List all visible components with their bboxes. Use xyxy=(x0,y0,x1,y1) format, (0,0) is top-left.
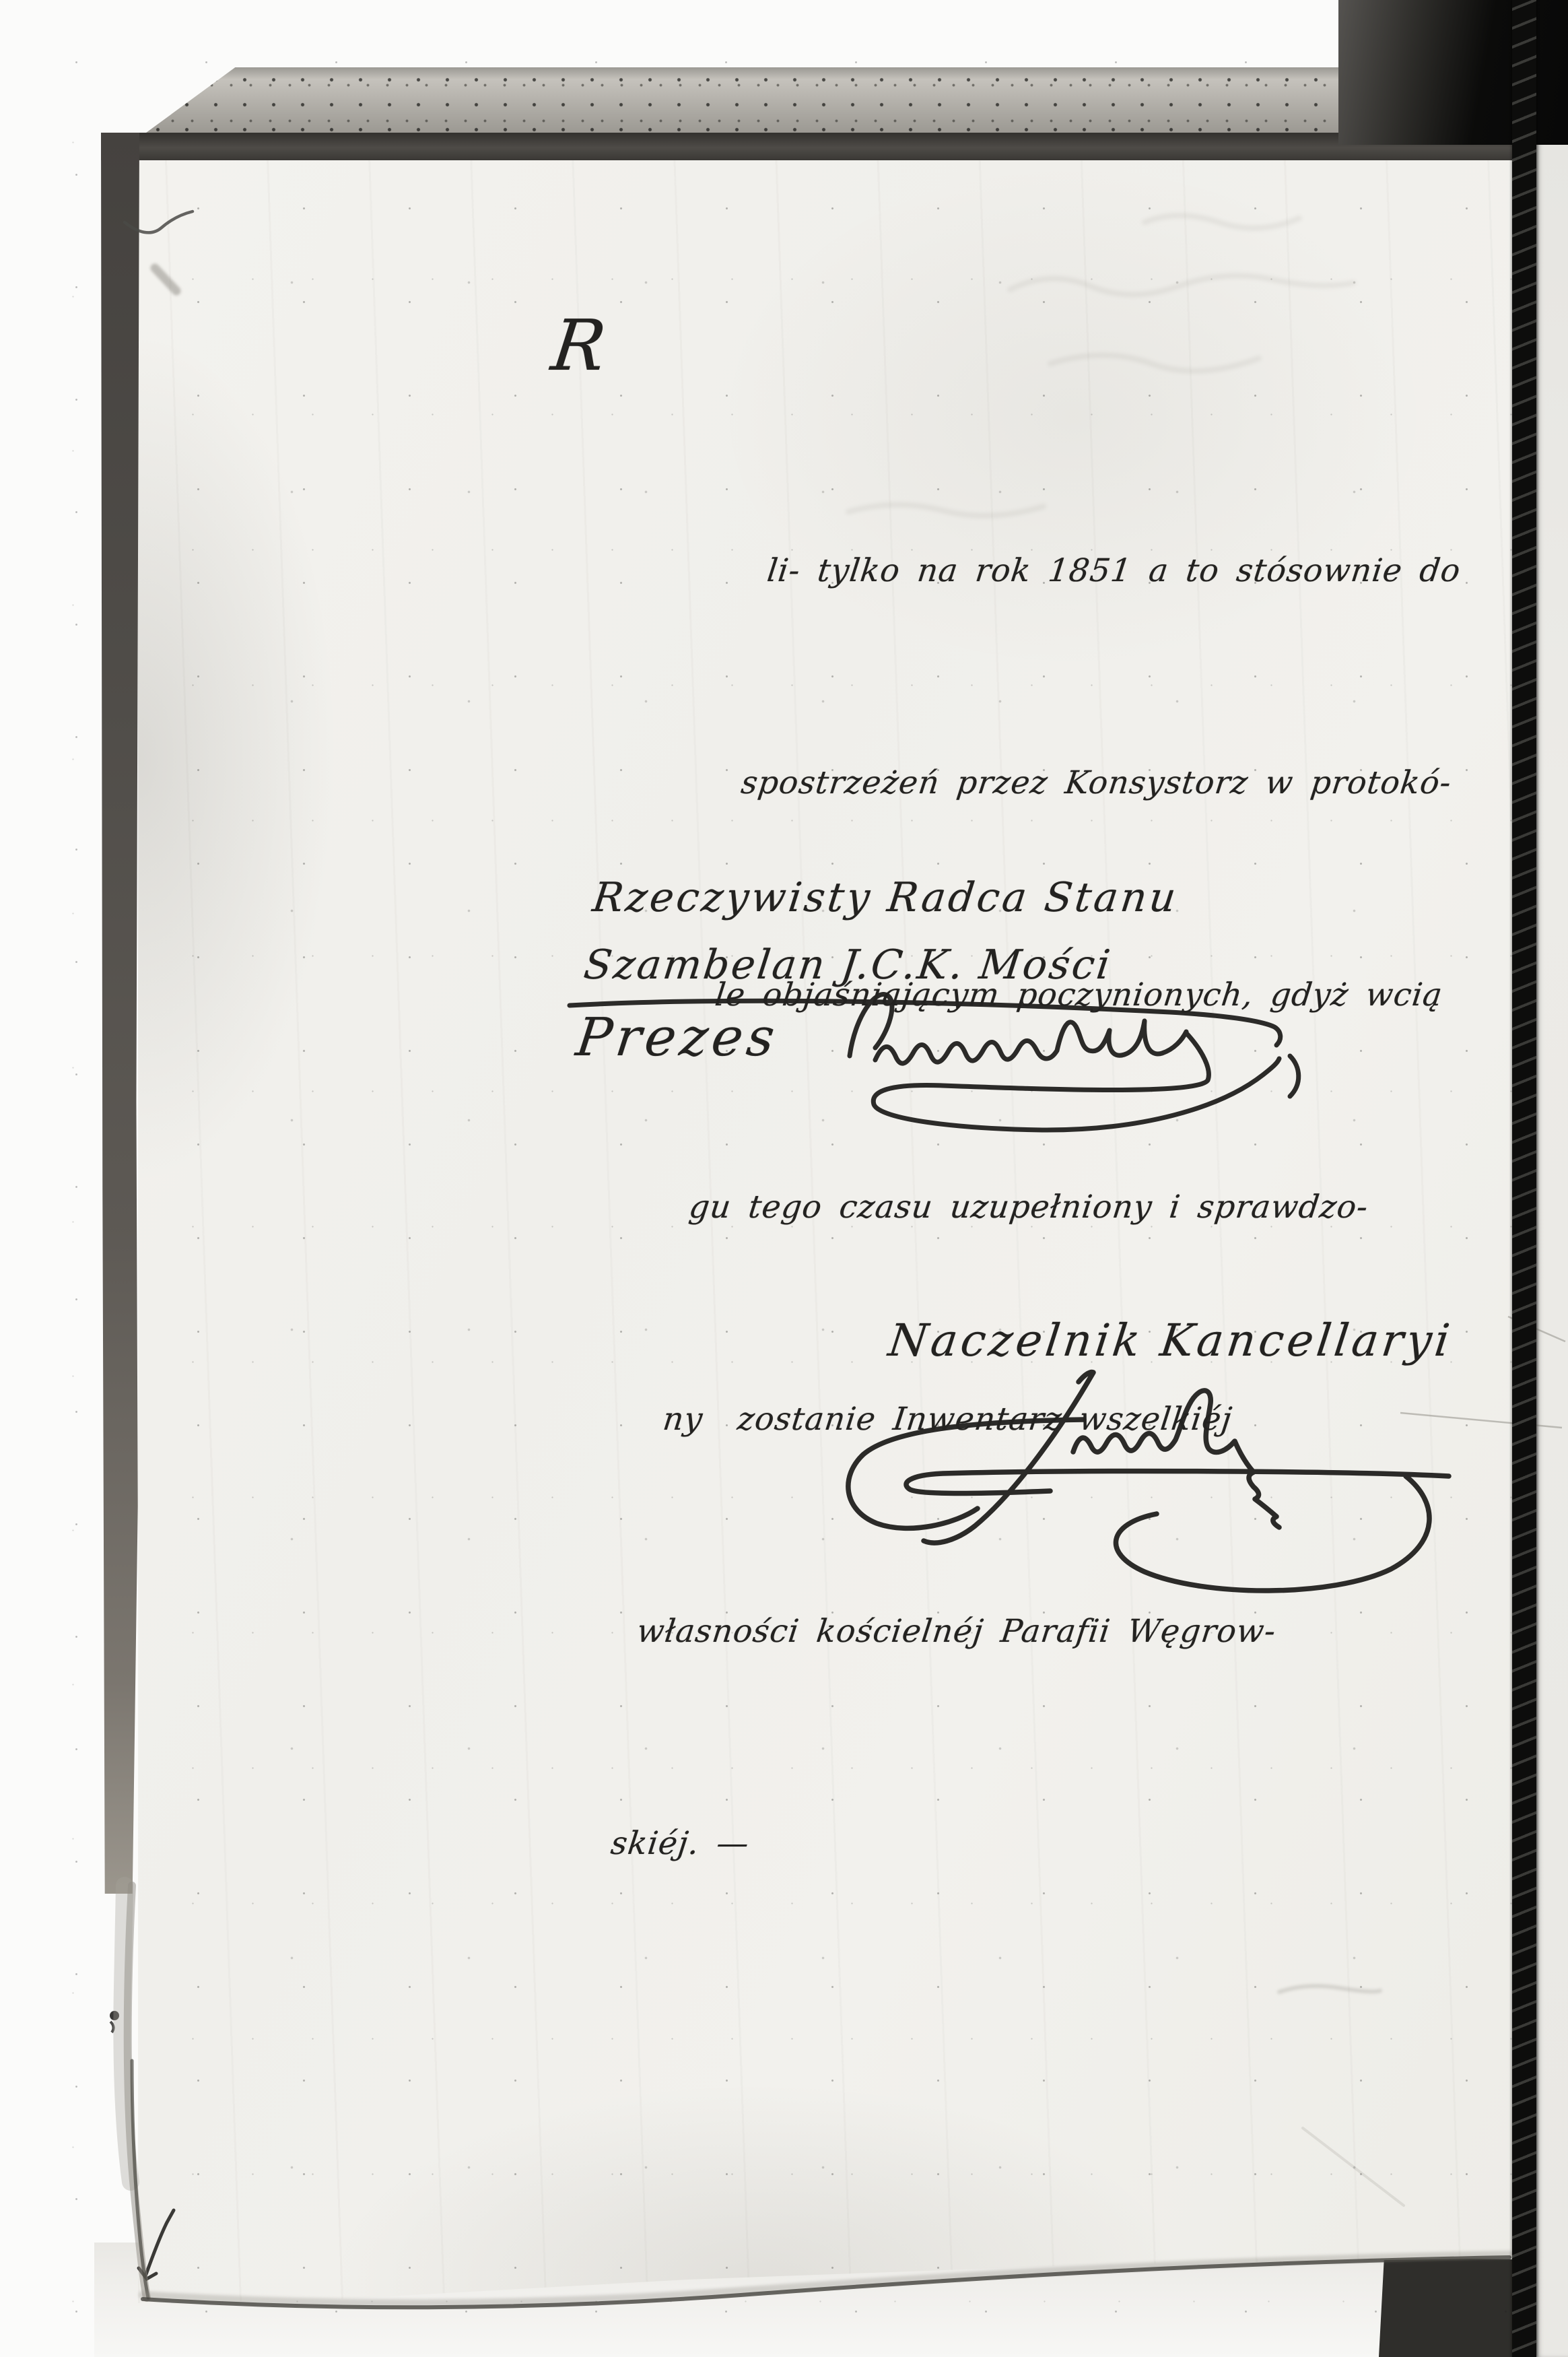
margin-mark: R xyxy=(547,304,610,387)
signatory-title-prezes: Prezes xyxy=(573,1007,782,1068)
signatory-title-line: Szambelan J.C.K. Mości xyxy=(581,941,1114,989)
binding-top-band xyxy=(101,133,1520,160)
binding-left-edge xyxy=(101,133,139,1894)
binding-cord xyxy=(1512,0,1536,2357)
body-line: spostrzeżeń przez Konsystorz w protokó- xyxy=(737,748,1473,818)
signatory-title-line: Rzeczywisty Radca Stanu xyxy=(590,874,1181,921)
body-line: gu tego czasu uzupełniony i sprawdzo- xyxy=(685,1172,1421,1242)
bottom-binding-shadow xyxy=(1379,2257,1512,2357)
chancellery-title: Naczelnik Kancellaryi xyxy=(886,1315,1456,1366)
body-line: skiéj. — xyxy=(607,1808,1342,1879)
scanned-page: R li- tylko na rok 1851 a to stósownie d… xyxy=(0,0,1568,2357)
body-line: li- tylko na rok 1851 a to stósownie do xyxy=(763,535,1499,606)
body-line: ny zostanie Inwentarz wszelkiéj xyxy=(659,1384,1395,1455)
page-block-top-edge xyxy=(143,67,1513,135)
adjacent-page-strip xyxy=(1535,135,1568,2357)
body-line: własności kościelnéj Parafii Węgrow- xyxy=(633,1596,1369,1667)
ink-blot xyxy=(110,2011,119,2032)
